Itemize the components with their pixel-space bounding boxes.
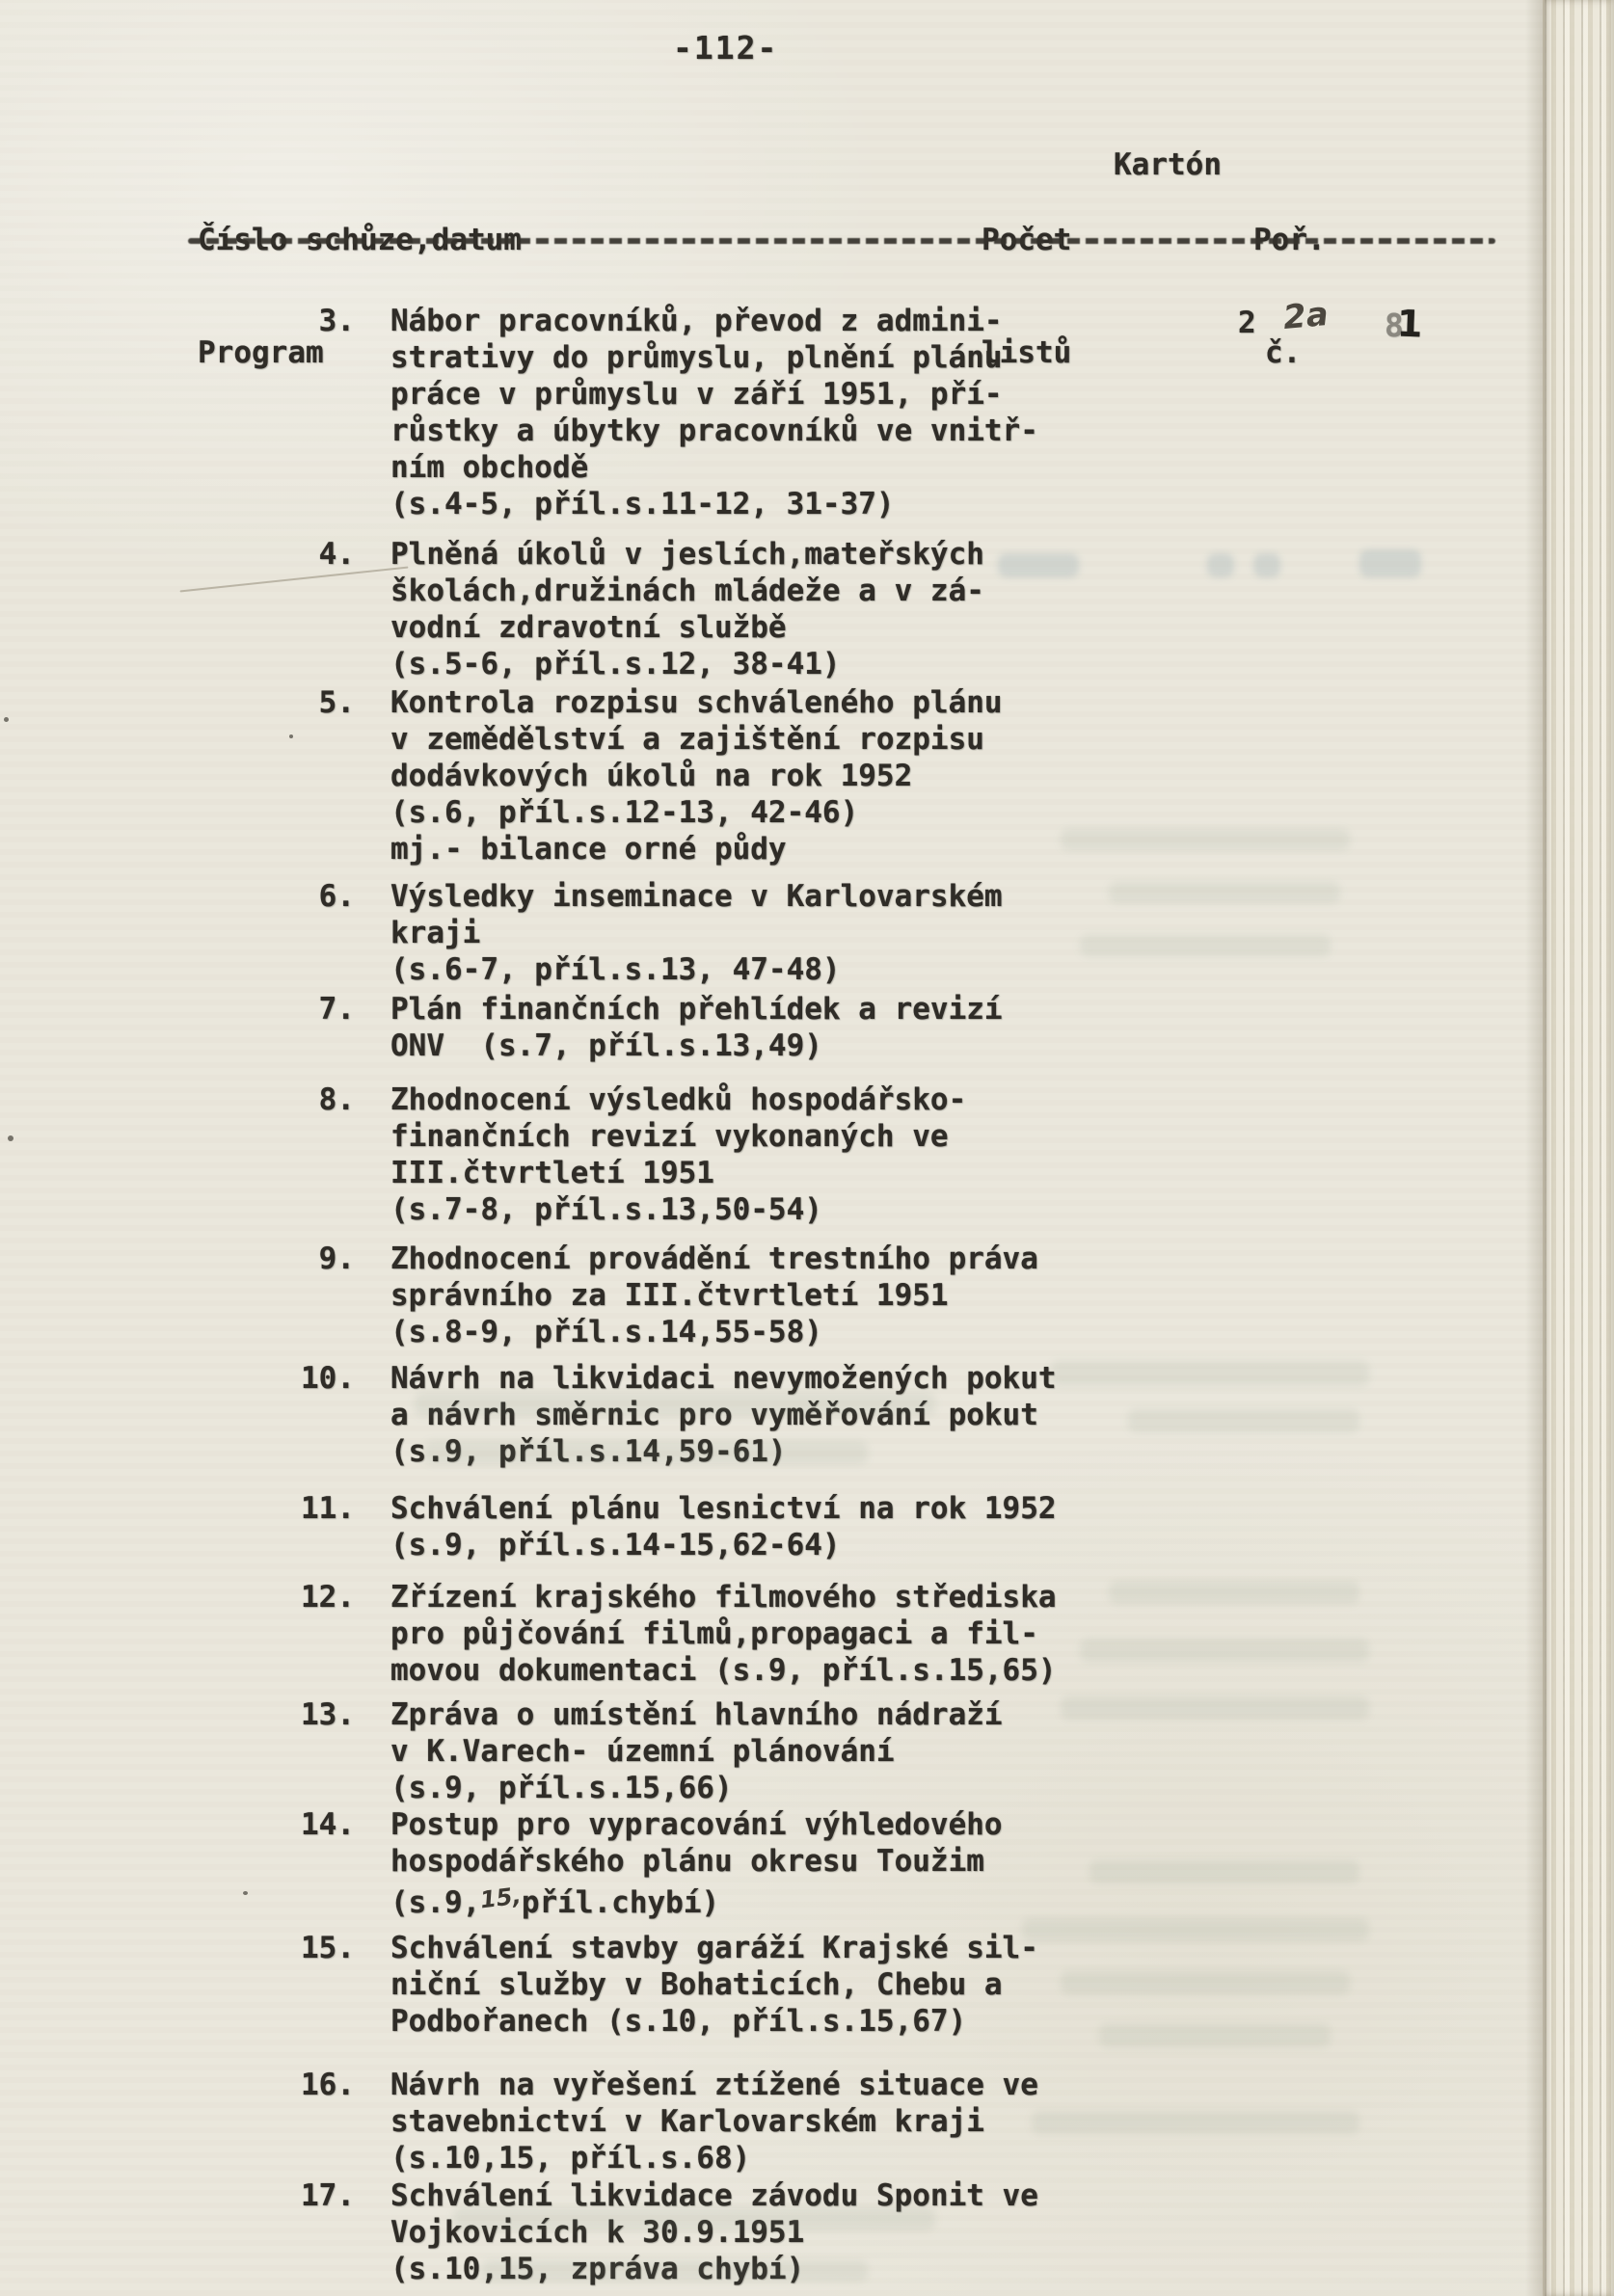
item-text: Zpráva o umístění hlavního nádraží v K.V… — [390, 1696, 1003, 1806]
bleed-through-smudge — [1061, 1696, 1369, 1720]
item-number: 4. — [251, 536, 355, 573]
item-reference: (s.4-5, příl.s.11-12, 31-37) — [390, 486, 1038, 522]
item-reference: movou dokumentaci (s.9, příl.s.15,65) — [390, 1652, 1057, 1689]
bleed-through-smudge — [1022, 1918, 1369, 1941]
bleed-through-smudge — [415, 1393, 935, 1416]
item-text: Kontrola rozpisu schváleného plánu v zem… — [390, 684, 1003, 868]
item-number: 12. — [251, 1579, 355, 1615]
bleed-through-smudge — [1089, 1860, 1359, 1883]
item-reference: (s.8-9, příl.s.14,55-58) — [390, 1314, 1038, 1350]
item-number: 16. — [251, 2067, 355, 2103]
bleed-through-smudge — [1061, 1971, 1350, 1994]
paper-speck — [289, 734, 293, 738]
bleed-through-smudge — [1051, 1361, 1369, 1386]
bleed-through-smudge — [1207, 553, 1234, 577]
item-number: 9. — [251, 1241, 355, 1277]
bleed-through-smudge — [453, 2207, 935, 2230]
item-number: 5. — [251, 684, 355, 721]
bleed-through-smudge — [1080, 1639, 1369, 1662]
bleed-through-smudge — [998, 553, 1079, 577]
agenda-item-9: 9. Zhodnocení provádění trestního práva … — [251, 1241, 1176, 1350]
bleed-through-smudge — [424, 1441, 868, 1464]
page-edge — [1543, 0, 1614, 2296]
item-number: 11. — [251, 1490, 355, 1527]
item-number: 3. — [251, 303, 355, 339]
bleed-through-smudge — [1109, 882, 1340, 903]
item-reference: Podbořanech (s.10, příl.s.15,67) — [390, 2003, 1038, 2040]
item-reference: (s.6-7, příl.s.13, 47-48) — [390, 951, 1003, 988]
bleed-through-smudge — [1128, 1409, 1359, 1432]
item-text: Zhodnocení výsledků hospodářsko- finančn… — [390, 1081, 966, 1228]
paper-speck — [4, 717, 9, 722]
item-text: Výsledky inseminace v Karlovarském kraji… — [390, 878, 1003, 988]
agenda-item-11: 11. Schválení plánu lesnictví na rok 195… — [251, 1490, 1176, 1563]
page-edge-shadow — [1525, 0, 1543, 2296]
item-number: 13. — [251, 1696, 355, 1733]
item-number: 17. — [251, 2177, 355, 2214]
agenda-item-8: 8. Zhodnocení výsledků hospodářsko- fina… — [251, 1081, 1176, 1228]
agenda-item-6: 6. Výsledky inseminace v Karlovarském kr… — [251, 878, 1176, 988]
item-reference: (s.9, příl.s.15,66) — [390, 1770, 1003, 1806]
agenda-item-3: 3. Nábor pracovníků, převod z admini- st… — [251, 303, 1176, 522]
reference-suffix: příl.chybí) — [522, 1885, 719, 1920]
scanned-page: -112- Číslo schůze,datum Program Počet l… — [0, 0, 1614, 2296]
item-reference: (s.10,15, příl.s.68) — [390, 2140, 1038, 2176]
bleed-through-smudge — [1032, 2111, 1359, 2134]
item-text: Plán finančních přehlídek a revizí ONV (… — [390, 991, 1003, 1064]
bleed-through-smudge — [1099, 2024, 1331, 2047]
item-reference: ONV (s.7, příl.s.13,49) — [390, 1028, 1003, 1064]
agenda-list: 3. Nábor pracovníků, převod z admini- st… — [0, 0, 1614, 2296]
handwritten-page-note: 15, — [478, 1878, 524, 1919]
paper-speck — [243, 1891, 248, 1895]
item-reference: (s.5-6, příl.s.12, 38-41) — [390, 646, 984, 682]
bleed-through-smudge — [1080, 935, 1331, 956]
agenda-item-12: 12. Zřízení krajského filmového středisk… — [251, 1579, 1176, 1689]
item-text: Nábor pracovníků, převod z admini- strat… — [390, 303, 1038, 522]
item-number: 15. — [251, 1930, 355, 1966]
item-text: Plněná úkolů v jeslích,mateřských školác… — [390, 536, 984, 682]
agenda-item-15: 15. Schválení stavby garáží Krajské sil-… — [251, 1930, 1176, 2040]
agenda-item-5: 5. Kontrola rozpisu schváleného plánu v … — [251, 684, 1176, 868]
item-text: Zřízení krajského filmového střediska pr… — [390, 1579, 1057, 1689]
item-number: 14. — [251, 1806, 355, 1843]
agenda-item-13: 13. Zpráva o umístění hlavního nádraží v… — [251, 1696, 1176, 1806]
item-number: 8. — [251, 1081, 355, 1118]
item-number: 10. — [251, 1360, 355, 1397]
item-text: Zhodnocení provádění trestního práva spr… — [390, 1241, 1038, 1350]
reference-prefix: (s.9, — [390, 1885, 480, 1920]
item-reference: (s.6, příl.s.12-13, 42-46) — [390, 794, 1003, 831]
bleed-through-smudge — [1061, 829, 1350, 850]
paper-speck — [8, 1135, 13, 1141]
item-number: 7. — [251, 991, 355, 1028]
item-reference: (s.7-8, příl.s.13,50-54) — [390, 1191, 966, 1228]
bleed-through-smudge — [1253, 553, 1280, 577]
item-text: Postup pro vypracování výhledového hospo… — [390, 1806, 1003, 1921]
item-reference: (s.9,15,příl.chybí) — [390, 1880, 1003, 1921]
item-text: Návrh na vyřešení ztížené situace ve sta… — [390, 2067, 1038, 2176]
bleed-through-smudge — [1359, 549, 1421, 577]
item-text: Schválení plánu lesnictví na rok 1952 (s… — [390, 1490, 1057, 1563]
agenda-item-14: 14. Postup pro vypracování výhledového h… — [251, 1806, 1176, 1921]
item-reference: (s.9, příl.s.14-15,62-64) — [390, 1527, 1057, 1563]
agenda-item-7: 7. Plán finančních přehlídek a revizí ON… — [251, 991, 1176, 1064]
bleed-through-smudge — [482, 2260, 868, 2282]
item-number: 6. — [251, 878, 355, 915]
item-text: Schválení stavby garáží Krajské sil- nič… — [390, 1930, 1038, 2040]
bleed-through-smudge — [1109, 1581, 1359, 1604]
